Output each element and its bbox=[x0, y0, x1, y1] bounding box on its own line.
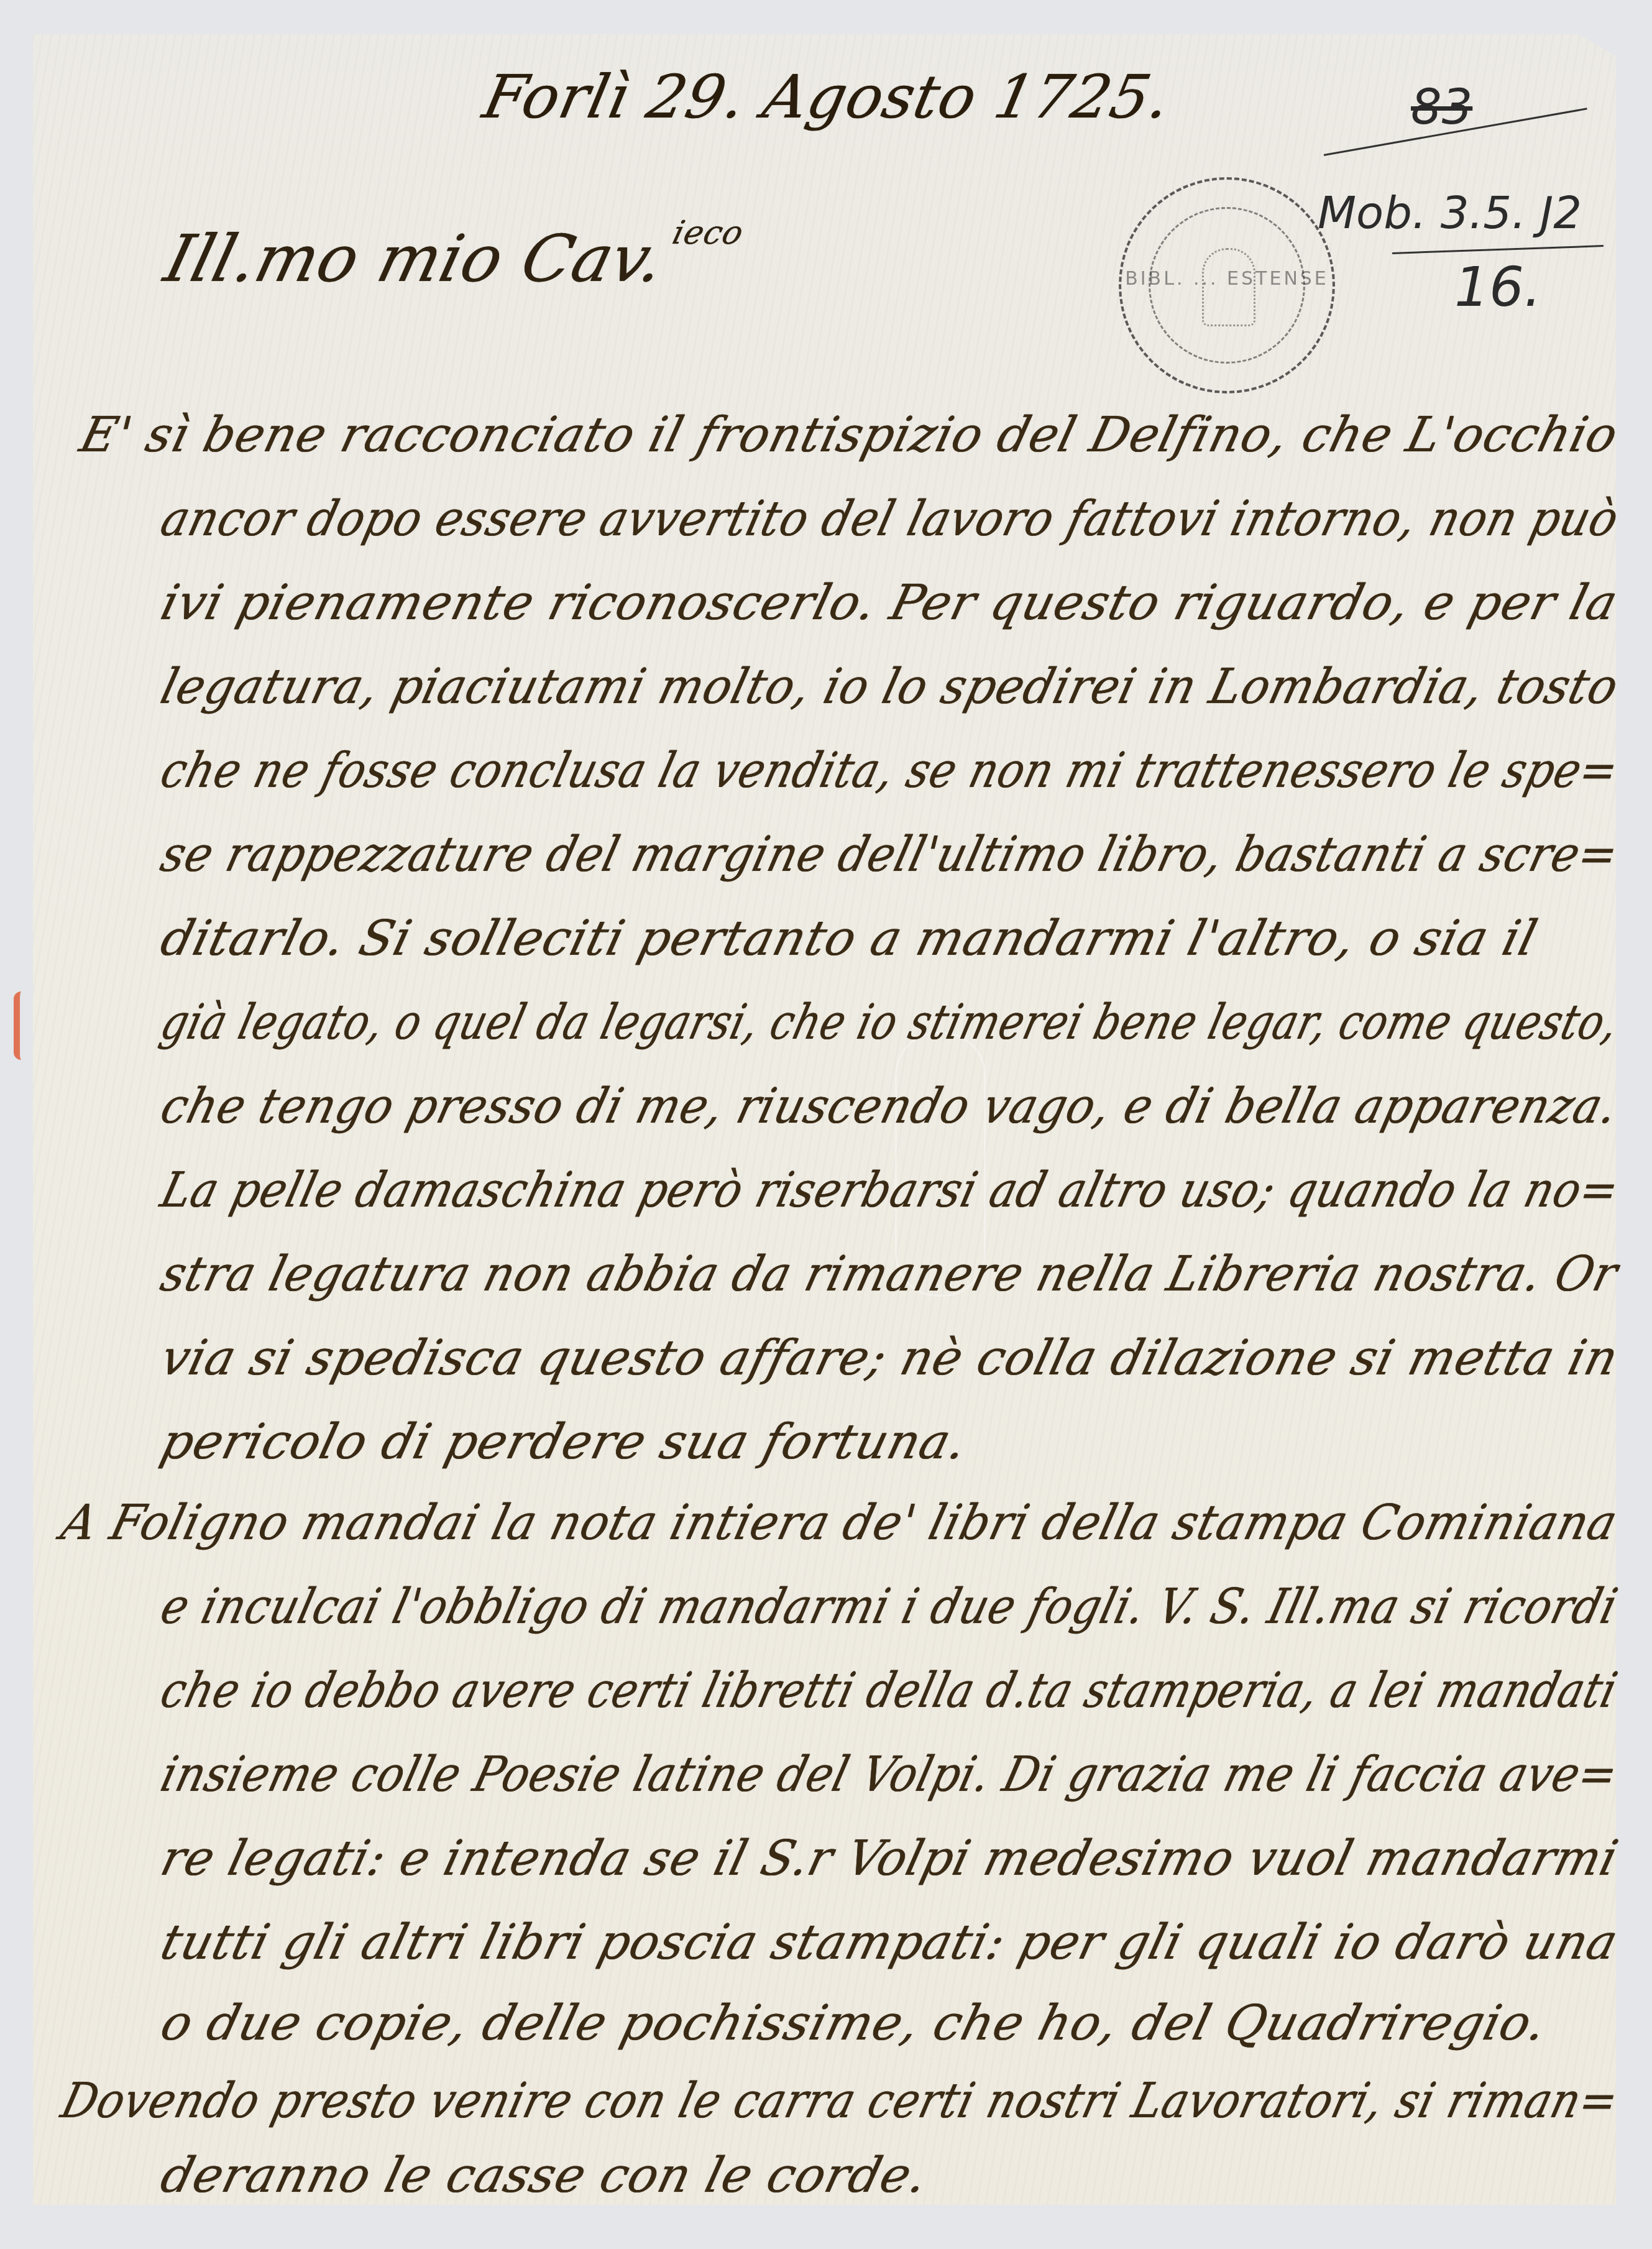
library-stamp-icon: BIBL. ... ESTENSE bbox=[1119, 177, 1335, 393]
body-line: tutti gli altri libri poscia stampati: p… bbox=[155, 1915, 1623, 1971]
body-line: re legati: e intenda se il S.r Volpi med… bbox=[155, 1831, 1623, 1887]
body-line: legatura, piaciutami molto, io lo spedir… bbox=[155, 659, 1624, 715]
body-line: via si spedisca questo affare; nè colla … bbox=[155, 1330, 1624, 1386]
letter-dateline: Forlì 29. Agosto 1725. bbox=[477, 62, 1177, 132]
body-line: deranno le casse con le corde. bbox=[155, 2148, 934, 2204]
body-line: se rappezzature del margine dell'ultimo … bbox=[155, 827, 1624, 883]
letter-salutation: Ill.mo mio Cav.ieco bbox=[158, 214, 748, 297]
body-line: insieme colle Poesie latine del Volpi. D… bbox=[155, 1747, 1623, 1803]
body-line: ditarlo. Si solleciti pertanto a mandarm… bbox=[155, 911, 1543, 967]
body-line: pericolo di perdere sua fortuna. bbox=[155, 1414, 973, 1470]
body-line: Dovendo presto venire con le carra certi… bbox=[56, 2073, 1624, 2129]
body-line: A Foligno mandai la nota intiera de' lib… bbox=[56, 1495, 1623, 1551]
body-line: e inculcai l'obbligo di mandarmi i due f… bbox=[155, 1579, 1623, 1635]
archive-item-number: 16. bbox=[1454, 255, 1541, 319]
body-line: stra legatura non abbia da rimanere nell… bbox=[155, 1246, 1623, 1302]
body-line: ivi pienamente riconoscerlo. Per questo … bbox=[155, 575, 1623, 631]
archive-number-crossed: 83 bbox=[1411, 80, 1472, 136]
stamp-text: BIBL. ... ESTENSE bbox=[1121, 268, 1333, 290]
body-line: che tengo presso di me, riuscendo vago, … bbox=[155, 1079, 1623, 1134]
salutation-text: Ill.mo mio Cav. bbox=[158, 221, 673, 297]
body-line: E' sì bene racconciato il frontispizio d… bbox=[75, 407, 1624, 463]
archive-shelfmark: Mob. 3.5. J2 bbox=[1318, 186, 1582, 239]
body-line: che io debbo avere certi libretti della … bbox=[155, 1663, 1623, 1719]
body-line: ancor dopo essere avvertito del lavoro f… bbox=[155, 491, 1625, 547]
red-bookmark-tab bbox=[14, 991, 41, 1060]
body-line: o due copie, delle pochissime, che ho, d… bbox=[155, 1995, 1553, 2051]
body-line: già legato, o quel da legarsi, che io st… bbox=[155, 995, 1624, 1051]
body-line: che ne fosse conclusa la vendita, se non… bbox=[155, 743, 1624, 799]
salutation-superscript: ieco bbox=[669, 214, 748, 252]
body-line: La pelle damaschina però riserbarsi ad a… bbox=[155, 1162, 1625, 1218]
